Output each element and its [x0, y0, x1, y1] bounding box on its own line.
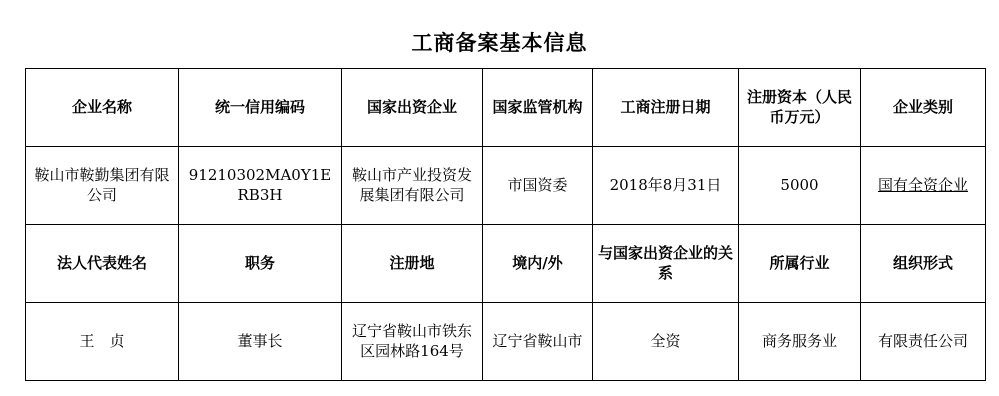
header-state-regulator: 国家监管机构	[483, 69, 593, 147]
page-title: 工商备案基本信息	[0, 27, 999, 57]
header-registration-date: 工商注册日期	[593, 69, 739, 147]
header-company-name: 企业名称	[26, 69, 179, 147]
value-state-regulator: 市国资委	[483, 147, 593, 225]
table-row-values-2: 王 贞 董事长 辽宁省鞍山市铁东区园林路164号 辽宁省鞍山市 全资 商务服务业…	[26, 303, 986, 381]
value-registered-capital: 5000	[739, 147, 861, 225]
value-legal-representative: 王 贞	[26, 303, 179, 381]
header-credit-code: 统一信用编码	[179, 69, 342, 147]
header-legal-representative: 法人代表姓名	[26, 225, 179, 303]
table-row-header-2: 法人代表姓名 职务 注册地 境内/外 与国家出资企业的关系 所属行业 组织形式	[26, 225, 986, 303]
header-state-investor: 国家出资企业	[342, 69, 483, 147]
value-company-name: 鞍山市鞍勤集团有限公司	[26, 147, 179, 225]
value-position: 董事长	[179, 303, 342, 381]
header-company-category: 企业类别	[861, 69, 986, 147]
header-industry: 所属行业	[739, 225, 861, 303]
value-company-category: 国有全资企业	[861, 147, 986, 225]
value-state-investor: 鞍山市产业投资发展集团有限公司	[342, 147, 483, 225]
header-registered-address: 注册地	[342, 225, 483, 303]
value-credit-code: 91210302MA0Y1ERB3H	[179, 147, 342, 225]
header-position: 职务	[179, 225, 342, 303]
value-registration-date: 2018年8月31日	[593, 147, 739, 225]
page: 工商备案基本信息 企业名称 统一信用编码 国家出资企业 国家监管机构 工商注册日…	[0, 0, 999, 396]
header-organization-form: 组织形式	[861, 225, 986, 303]
value-relationship-to-investor: 全资	[593, 303, 739, 381]
value-industry: 商务服务业	[739, 303, 861, 381]
company-type-link[interactable]: 国有全资企业	[878, 176, 968, 194]
header-registered-capital: 注册资本（人民币万元）	[739, 69, 861, 147]
header-relationship-to-investor: 与国家出资企业的关系	[593, 225, 739, 303]
value-registered-address: 辽宁省鞍山市铁东区园林路164号	[342, 303, 483, 381]
table-row-header-1: 企业名称 统一信用编码 国家出资企业 国家监管机构 工商注册日期 注册资本（人民…	[26, 69, 986, 147]
value-organization-form: 有限责任公司	[861, 303, 986, 381]
table-row-values-1: 鞍山市鞍勤集团有限公司 91210302MA0Y1ERB3H 鞍山市产业投资发展…	[26, 147, 986, 225]
value-domestic-or-foreign: 辽宁省鞍山市	[483, 303, 593, 381]
header-domestic-or-foreign: 境内/外	[483, 225, 593, 303]
business-registration-table: 企业名称 统一信用编码 国家出资企业 国家监管机构 工商注册日期 注册资本（人民…	[25, 68, 986, 381]
